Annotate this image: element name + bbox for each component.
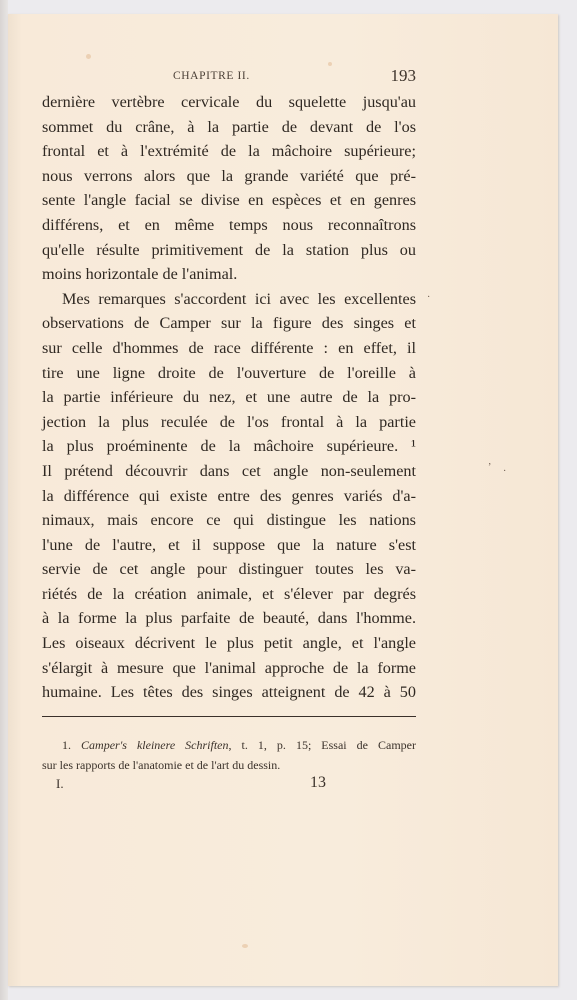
footnote-marker: 1. xyxy=(62,738,71,752)
text-line: à la forme la plus parfaite de beauté, d… xyxy=(42,606,416,631)
text-line: dernière vertèbre cervicale du squelette… xyxy=(42,90,416,115)
text-line: sente l'angle facial se divise en espèce… xyxy=(42,188,416,213)
text-line: s'élargit à mesure que l'animal approche… xyxy=(42,656,416,681)
foxing-spot xyxy=(242,944,248,948)
footnote-rule xyxy=(42,716,416,717)
text-line: observations de Camper sur la figure des… xyxy=(42,311,416,336)
margin-mark: · xyxy=(503,466,506,477)
text-line: sur celle d'hommes de race différente : … xyxy=(42,336,416,361)
footnote-citation: , t. 1, p. 15; Essai de Camper xyxy=(229,738,417,752)
running-title: CHAPITRE II. xyxy=(173,70,250,82)
text-line: la différence qui existe entre des genre… xyxy=(42,484,416,509)
text-line: Il prétend découvrir dans cet angle non-… xyxy=(42,459,416,484)
text-line: différens, et en même temps nous reconna… xyxy=(42,213,416,238)
footnotes: 1. Camper's kleinere Schriften, t. 1, p.… xyxy=(42,735,416,775)
text-line: Mes remarques s'accordent ici avec les e… xyxy=(42,287,416,312)
text-line: qu'elle résulte primitivement de la stat… xyxy=(42,238,416,263)
body-text: dernière vertèbre cervicale du squelette… xyxy=(42,90,416,705)
volume-mark: I. xyxy=(56,776,64,792)
sheet-mark: 13 xyxy=(310,774,326,792)
margin-mark: · xyxy=(427,292,430,303)
text-line: tire une ligne droite de l'ouverture de … xyxy=(42,361,416,386)
text-line: la partie inférieure du nez, et une autr… xyxy=(42,385,416,410)
text-line: servie de cet angle pour distinguer tout… xyxy=(42,557,416,582)
text-line: Les oiseaux décrivent le plus petit angl… xyxy=(42,631,416,656)
text-line: frontal et à l'extrémité de la mâchoire … xyxy=(42,139,416,164)
text-line: l'une de l'autre, et il suppose que la n… xyxy=(42,533,416,558)
page-number: 193 xyxy=(391,66,417,86)
text-line: moins horizontale de l'animal. xyxy=(42,262,416,287)
binding-edge xyxy=(0,0,8,1000)
printer-signature: I. 13 xyxy=(42,776,416,798)
margin-mark: ʼ xyxy=(488,462,491,473)
text-line: jection la plus reculée de l'os frontal … xyxy=(42,410,416,435)
text-line: la plus proéminente de la mâchoire supér… xyxy=(42,434,416,459)
text-line: humaine. Les têtes des singes atteignent… xyxy=(42,680,416,705)
footnote-line: 1. Camper's kleinere Schriften, t. 1, p.… xyxy=(42,735,416,755)
text-line: sommet du crâne, à la partie de devant d… xyxy=(42,115,416,140)
running-head: CHAPITRE II. 193 xyxy=(42,66,416,86)
text-line: nimaux, mais encore ce qui distingue les… xyxy=(42,508,416,533)
footnote-title: Camper's kleinere Schriften xyxy=(81,738,228,752)
foxing-spot xyxy=(86,54,91,59)
text-line: riétés de la création animale, et s'élev… xyxy=(42,582,416,607)
footnote-line: sur les rapports de l'anatomie et de l'a… xyxy=(42,755,416,775)
text-line: nous verrons alors que la grande variété… xyxy=(42,164,416,189)
